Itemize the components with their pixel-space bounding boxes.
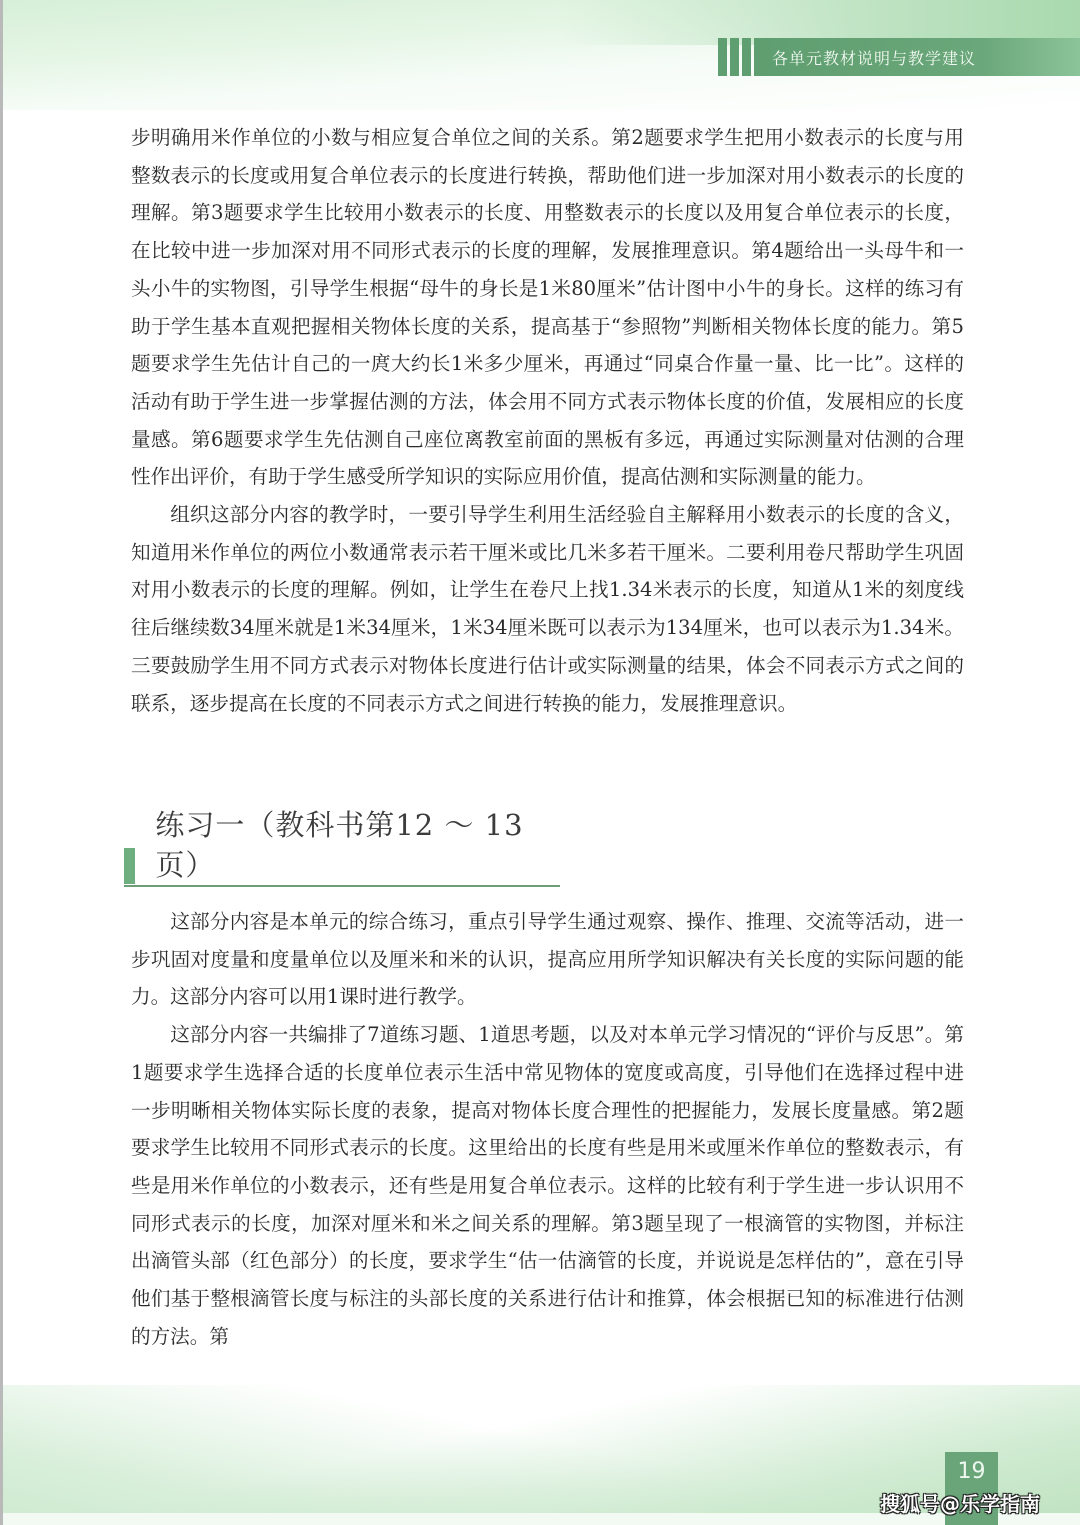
header-stripe-icon: [730, 38, 739, 76]
heading-marker-icon: [124, 848, 135, 884]
running-header: 各单元教材说明与教学建议: [718, 38, 1080, 76]
header-stripe-icon: [718, 38, 727, 76]
page-left-edge: [0, 0, 3, 1525]
header-stripe-icon: [742, 38, 751, 76]
paragraph: 组织这部分内容的教学时，一要引导学生利用生活经验自主解释用小数表示的长度的含义，…: [131, 496, 964, 722]
exercise-section-text: 这部分内容是本单元的综合练习，重点引导学生通过观察、操作、推理、交流等活动，进一…: [131, 903, 964, 1355]
paragraph: 这部分内容一共编排了7道练习题、1道思考题，以及对本单元学习情况的“评价与反思”…: [131, 1016, 964, 1355]
paragraph: 步明确用米作单位的小数与相应复合单位之间的关系。第2题要求学生把用小数表示的长度…: [131, 119, 964, 496]
section-continued-text: 步明确用米作单位的小数与相应复合单位之间的关系。第2题要求学生把用小数表示的长度…: [131, 119, 964, 722]
running-title: 各单元教材说明与教学建议: [772, 46, 976, 69]
section-title: 练习一（教科书第12 ～ 13页）: [155, 805, 560, 885]
section-heading: 练习一（教科书第12 ～ 13页）: [124, 843, 560, 887]
header-bar: 各单元教材说明与教学建议: [754, 38, 1080, 76]
watermark: 搜狐号@乐学指南: [880, 1488, 1040, 1517]
paragraph: 这部分内容是本单元的综合练习，重点引导学生通过观察、操作、推理、交流等活动，进一…: [131, 903, 964, 1016]
